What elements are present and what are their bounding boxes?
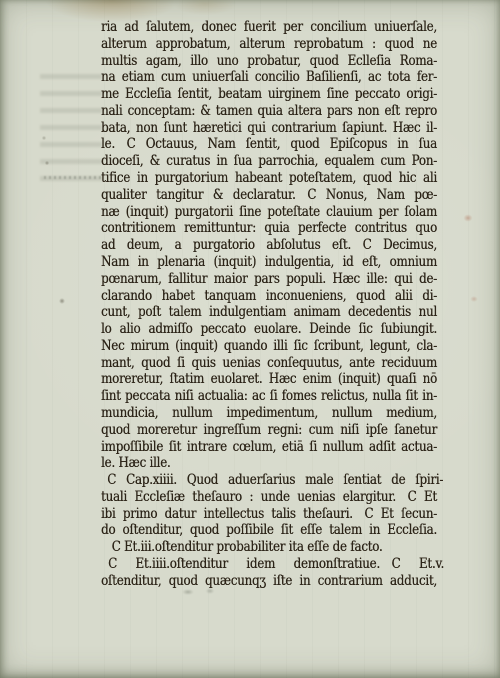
text-line: næ (inquit) purgatorii ſine poteſtate cl…	[101, 204, 437, 221]
text-line: le. Hæc ille.	[101, 455, 437, 472]
text-line: ſint peccata niſi actualia: ac ſi fomes …	[101, 388, 437, 405]
text-line: cunt, poſt talem indulgentiam animam dec…	[101, 304, 437, 321]
text-line: mundicia, nullum impedimentum, nullum me…	[101, 405, 437, 422]
text-line: alterum approbatum, alterum reprobatum :…	[101, 36, 437, 53]
text-line: ad deum, a purgatorio abſolutus eſt. C D…	[101, 237, 437, 254]
show-through-text	[40, 70, 102, 182]
text-line: multis agam, illo uno probatur, quod Ecl…	[101, 53, 437, 70]
text-line: oſtenditur, quod quæcunqʒ iſte in contra…	[101, 573, 437, 590]
text-line: contritionem remittuntur: quia perfecte …	[101, 220, 437, 237]
text-line: ibi primo datur intellectus talis theſau…	[101, 506, 437, 523]
text-line: C Et.iiii.oſtenditur idem demonſtratiue.…	[101, 556, 444, 573]
text-line: me Eccleſia ſentit, beatam uirginem ſine…	[101, 86, 437, 103]
text-line: qualiter tangitur & declaratur. C Nonus,…	[101, 187, 437, 204]
text-line: dioceſi, & curatus in ſua parrochia, equ…	[101, 153, 437, 170]
text-line: Nec mirum (inquit) quando illi ſic ſcrib…	[101, 338, 437, 355]
text-line: C Cap.xiiii. Quod aduerſarius male ſenti…	[101, 472, 443, 489]
text-line: impoſſibile ſit intrare cœlum, etiā ſi n…	[101, 439, 437, 456]
text-line: C Et.iii.oſtenditur probabiliter ita eſſ…	[101, 539, 448, 556]
text-line: bata, non ſunt hæretici qui contrarium ſ…	[101, 120, 437, 137]
show-through-line	[44, 176, 102, 179]
text-line: le. C Octauus, Nam ſentit, quod Epiſcopu…	[101, 136, 437, 153]
text-line: tifice in purgatorium habeant poteſtatem…	[101, 170, 437, 187]
text-line: tuali Eccleſiæ theſauro : unde uenias el…	[101, 489, 437, 506]
text-line: pœnarum, fallitur maior pars populi. Hæc…	[101, 271, 437, 288]
text-line: mant, quod ſi quis uenias conſequutus, a…	[101, 355, 437, 372]
text-line: na etiam cum uniuerſali concilio Baſilie…	[101, 69, 437, 86]
text-line: lo alio admiſſo peccato euolare. Deinde …	[101, 321, 437, 338]
text-line: clarando habet tanquam inconueniens, quo…	[101, 288, 437, 305]
text-line: ria ad ſalutem, donec fuerit per concili…	[101, 19, 437, 36]
text-block: ria ad ſalutem, donec fuerit per concili…	[101, 19, 437, 590]
text-line: moreretur, ſtatim euolaret. Hæc enim (in…	[101, 371, 437, 388]
text-line: nali conceptam: & tamen quia altera pars…	[101, 103, 437, 120]
book-page: ria ad ſalutem, donec fuerit per concili…	[0, 0, 500, 678]
text-line: Nam in plenaria (inquit) indulgentia, id…	[101, 254, 437, 271]
text-line: do oſtenditur, quod poſſibile ſit eſſe t…	[101, 522, 437, 539]
text-line: quod moreretur ingreſſum regni: cum niſi…	[101, 422, 437, 439]
